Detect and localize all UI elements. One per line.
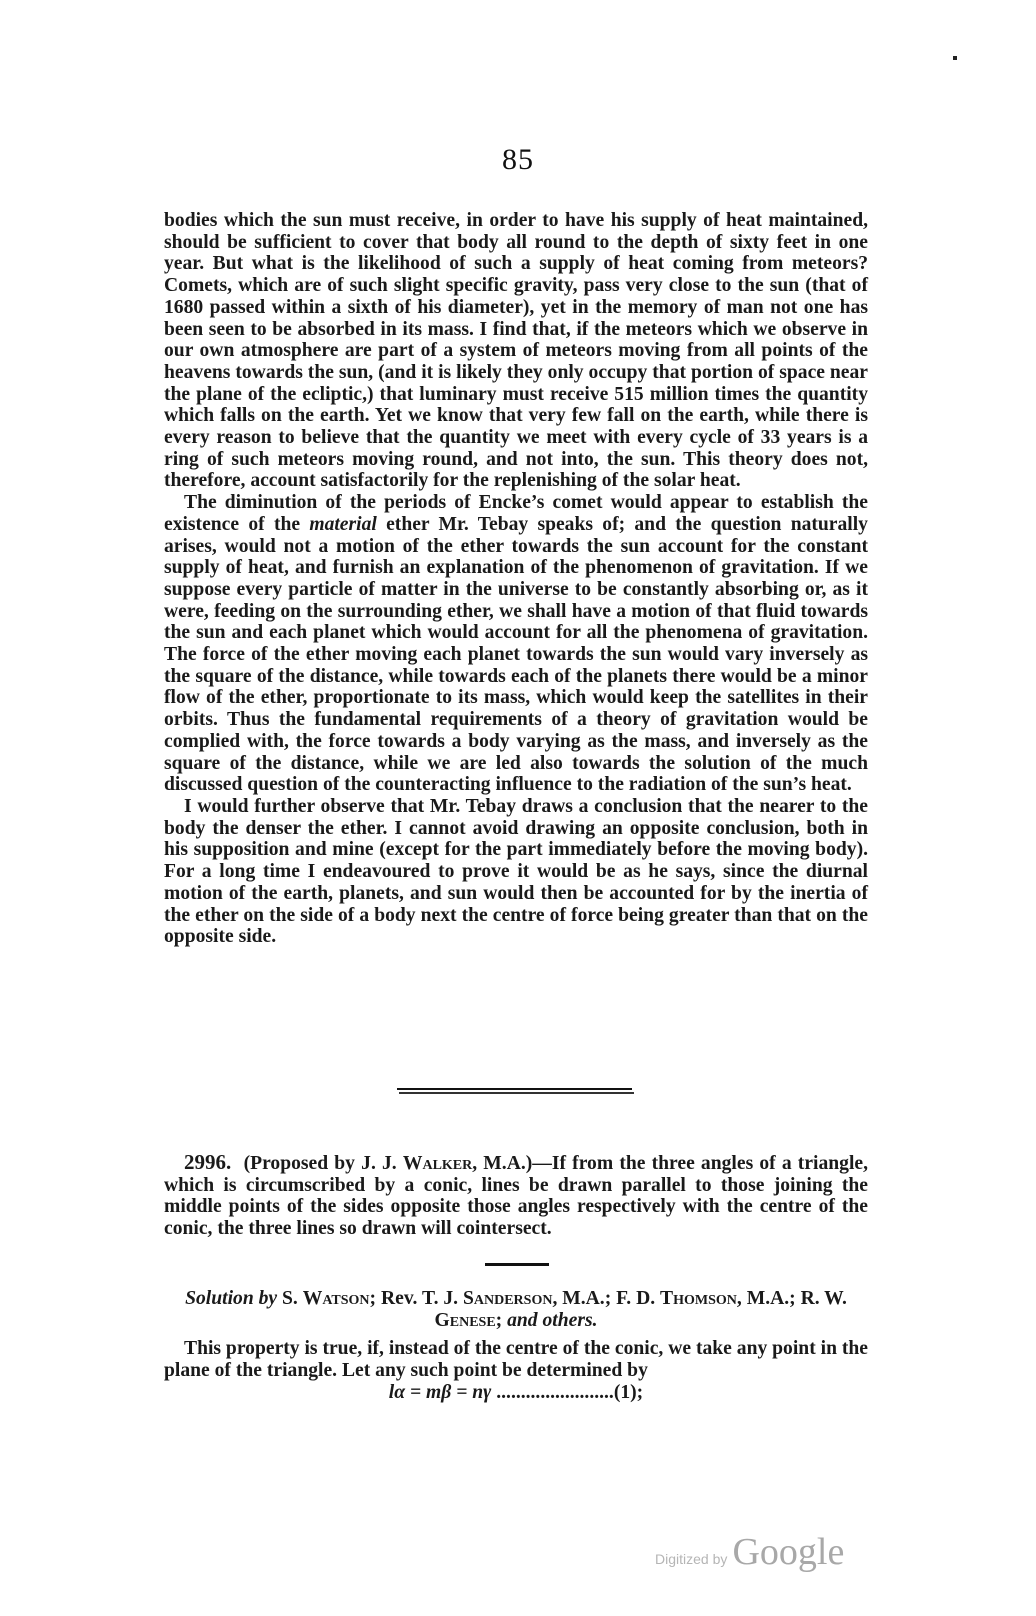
equation-1: lα = mβ = nγ ........................(1)… bbox=[164, 1382, 868, 1404]
equation-label: (1); bbox=[614, 1382, 643, 1403]
scanned-page: 85 bodies which the sun must receive, in… bbox=[0, 0, 1036, 1616]
proposer-name: Walker bbox=[403, 1153, 472, 1174]
problem-statement: 2996. (Proposed by J. J. Walker, M.A.)—I… bbox=[164, 1152, 868, 1240]
solver: F. D. Thomson, M.A.; bbox=[616, 1288, 800, 1309]
google-watermark: Digitized by Google bbox=[655, 1530, 844, 1574]
short-divider bbox=[485, 1263, 549, 1266]
italic-word: material bbox=[309, 514, 377, 535]
paragraph-text: ether Mr. Tebay speaks of; and the quest… bbox=[164, 514, 868, 795]
scan-speck bbox=[953, 56, 957, 60]
google-logo: Google bbox=[732, 1531, 844, 1573]
paragraph-tebay: I would further observe that Mr. Tebay d… bbox=[164, 796, 868, 948]
problem-number: 2996. bbox=[184, 1150, 231, 1174]
solution-attribution: Solution by S. Watson; Rev. T. J. Sander… bbox=[164, 1288, 868, 1332]
paragraph-encke: The diminution of the periods of Encke’s… bbox=[164, 492, 868, 796]
and-others: and others. bbox=[507, 1310, 597, 1331]
solver: Rev. T. J. Sanderson, M.A.; bbox=[381, 1288, 616, 1309]
solution-label: Solution by bbox=[185, 1288, 277, 1309]
page-number: 85 bbox=[0, 143, 1036, 177]
paragraph-meteors: bodies which the sun must receive, in or… bbox=[164, 210, 868, 492]
solution-paragraph: This property is true, if, instead of th… bbox=[164, 1338, 868, 1381]
equation-expression: lα = mβ = nγ bbox=[389, 1382, 492, 1403]
body-text: bodies which the sun must receive, in or… bbox=[164, 210, 868, 948]
solver: S. Watson; bbox=[282, 1288, 381, 1309]
proposer-degree: , M.A.) bbox=[472, 1153, 532, 1174]
equation-leader: ........................ bbox=[491, 1382, 613, 1403]
section-divider bbox=[397, 1088, 632, 1094]
problem-2996: 2996. (Proposed by J. J. Walker, M.A.)—I… bbox=[164, 1152, 868, 1240]
watermark-prefix: Digitized by bbox=[655, 1551, 727, 1567]
proposed-by: (Proposed by J. J. bbox=[244, 1153, 403, 1174]
solution-body: This property is true, if, instead of th… bbox=[164, 1338, 868, 1381]
